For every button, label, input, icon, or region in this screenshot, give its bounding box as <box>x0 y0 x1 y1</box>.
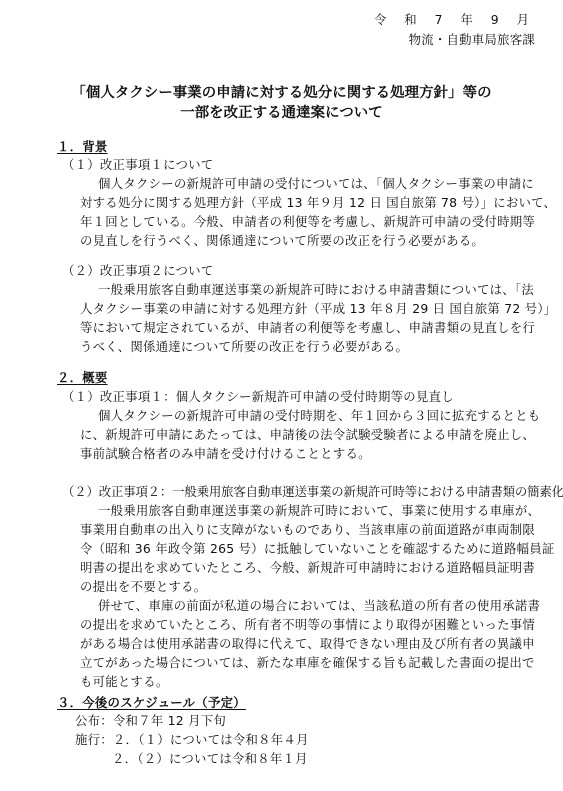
paragraph-line: 人タクシー事業の申請に対する処理方針（平成 13 年８月 29 日 国自旅第 7… <box>80 301 556 317</box>
item-label-amendment-2: （２）改正事項２について <box>62 263 213 279</box>
paragraph-line: 一般乗用旅客自動車運送事業の新規許可時において、事業に使用する車庫が、 <box>98 503 540 519</box>
schedule-promulgation: 公布：令和７年 12 月下旬 <box>75 713 226 729</box>
section-heading-background: １．背景 <box>57 139 108 155</box>
paragraph-line: 併せて、車庫の前面が私道の場合においては、当該私道の所有者の使用承諾書 <box>98 598 540 614</box>
paragraph-line: 一般乗用旅客自動車運送事業の新規許可時における申請書類については、「法 <box>98 282 534 298</box>
paragraph-line: も可能とする。 <box>80 674 168 690</box>
section-heading-schedule: ３．今後のスケジュール（予定） <box>57 695 246 711</box>
paragraph-line: 個人タクシーの新規許可申請の受付については、「個人タクシー事業の申請に <box>98 176 534 192</box>
paragraph-line: がある場合は使用承諾書の取得に代えて、取得できない理由及び所有者の異議申 <box>80 636 535 652</box>
schedule-enforcement-line-2: ２．（２）については令和８年１月 <box>112 751 308 767</box>
item-label-amendment-1: （１）改正事項１について <box>62 157 213 173</box>
paragraph-line: の提出を不要とする。 <box>80 579 206 595</box>
paragraph-line: 年１回としている。今般、申請者の利便等を考慮し、新規許可申請の受付時期等 <box>80 214 535 230</box>
item-label-overview-2: （２）改正事項２：一般乗用旅客自動車運送事業の新規許可時等における申請書類の簡素… <box>62 484 563 500</box>
paragraph-line: 等において規定されているが、申請者の利便等を考慮し、申請書類の見直しを行 <box>80 320 535 336</box>
paragraph-line: 事業用自動車の出入りに支障がないものであり、当該車庫の前面道路が車両制限 <box>80 522 535 538</box>
paragraph-line: 令（昭和 36 年政令第 265 号）に抵触していないことを確認するために道路幅… <box>80 541 555 557</box>
section-heading-overview: ２．概要 <box>57 370 108 386</box>
paragraph-line: うべく、関係通達について所要の改正を行う必要がある。 <box>80 339 408 355</box>
paragraph-line: の提出を求めていたところ、所有者不明等の事情により取得が困難といった事情 <box>80 617 535 633</box>
paragraph-line: 明書の提出を求めていたところ、今般、新規許可申請時における道路幅員証明書 <box>80 560 535 576</box>
paragraph-line: 対する処分に関する処理方針（平成 13 年９月 12 日 国自旅第 78 号）」… <box>80 195 556 211</box>
department-name: 物流・自動車局旅客課 <box>409 32 535 48</box>
document-title-line-1: 「個人タクシー事業の申請に対する処分に関する処理方針」等の <box>0 85 563 101</box>
document-date: 令 和 7 年 9 月 <box>374 12 536 28</box>
document-page: 令 和 7 年 9 月 物流・自動車局旅客課 「個人タクシー事業の申請に対する処… <box>0 0 563 791</box>
paragraph-line: の見直しを行うべく、関係通達について所要の改正を行う必要がある。 <box>80 233 484 249</box>
paragraph-line: 個人タクシーの新規許可申請の受付時期を、年１回から３回に拡充するととも <box>98 408 540 424</box>
paragraph-line: 立てがあった場合については、新たな車庫を確保する旨も記載した書面の提出で <box>80 655 535 671</box>
paragraph-line: に、新規許可申請にあたっては、申請後の法令試験受験者による申請を廃止し、 <box>80 427 535 443</box>
schedule-enforcement: 施行：２．（１）については令和８年４月 <box>75 732 309 748</box>
document-title-line-2: 一部を改正する通達案について <box>0 105 563 121</box>
paragraph-line: 事前試験合格者のみ申請を受け付けることとする。 <box>80 446 371 462</box>
item-label-overview-1: （１）改正事項１：個人タクシー新規許可申請の受付時期等の見直し <box>62 389 454 405</box>
